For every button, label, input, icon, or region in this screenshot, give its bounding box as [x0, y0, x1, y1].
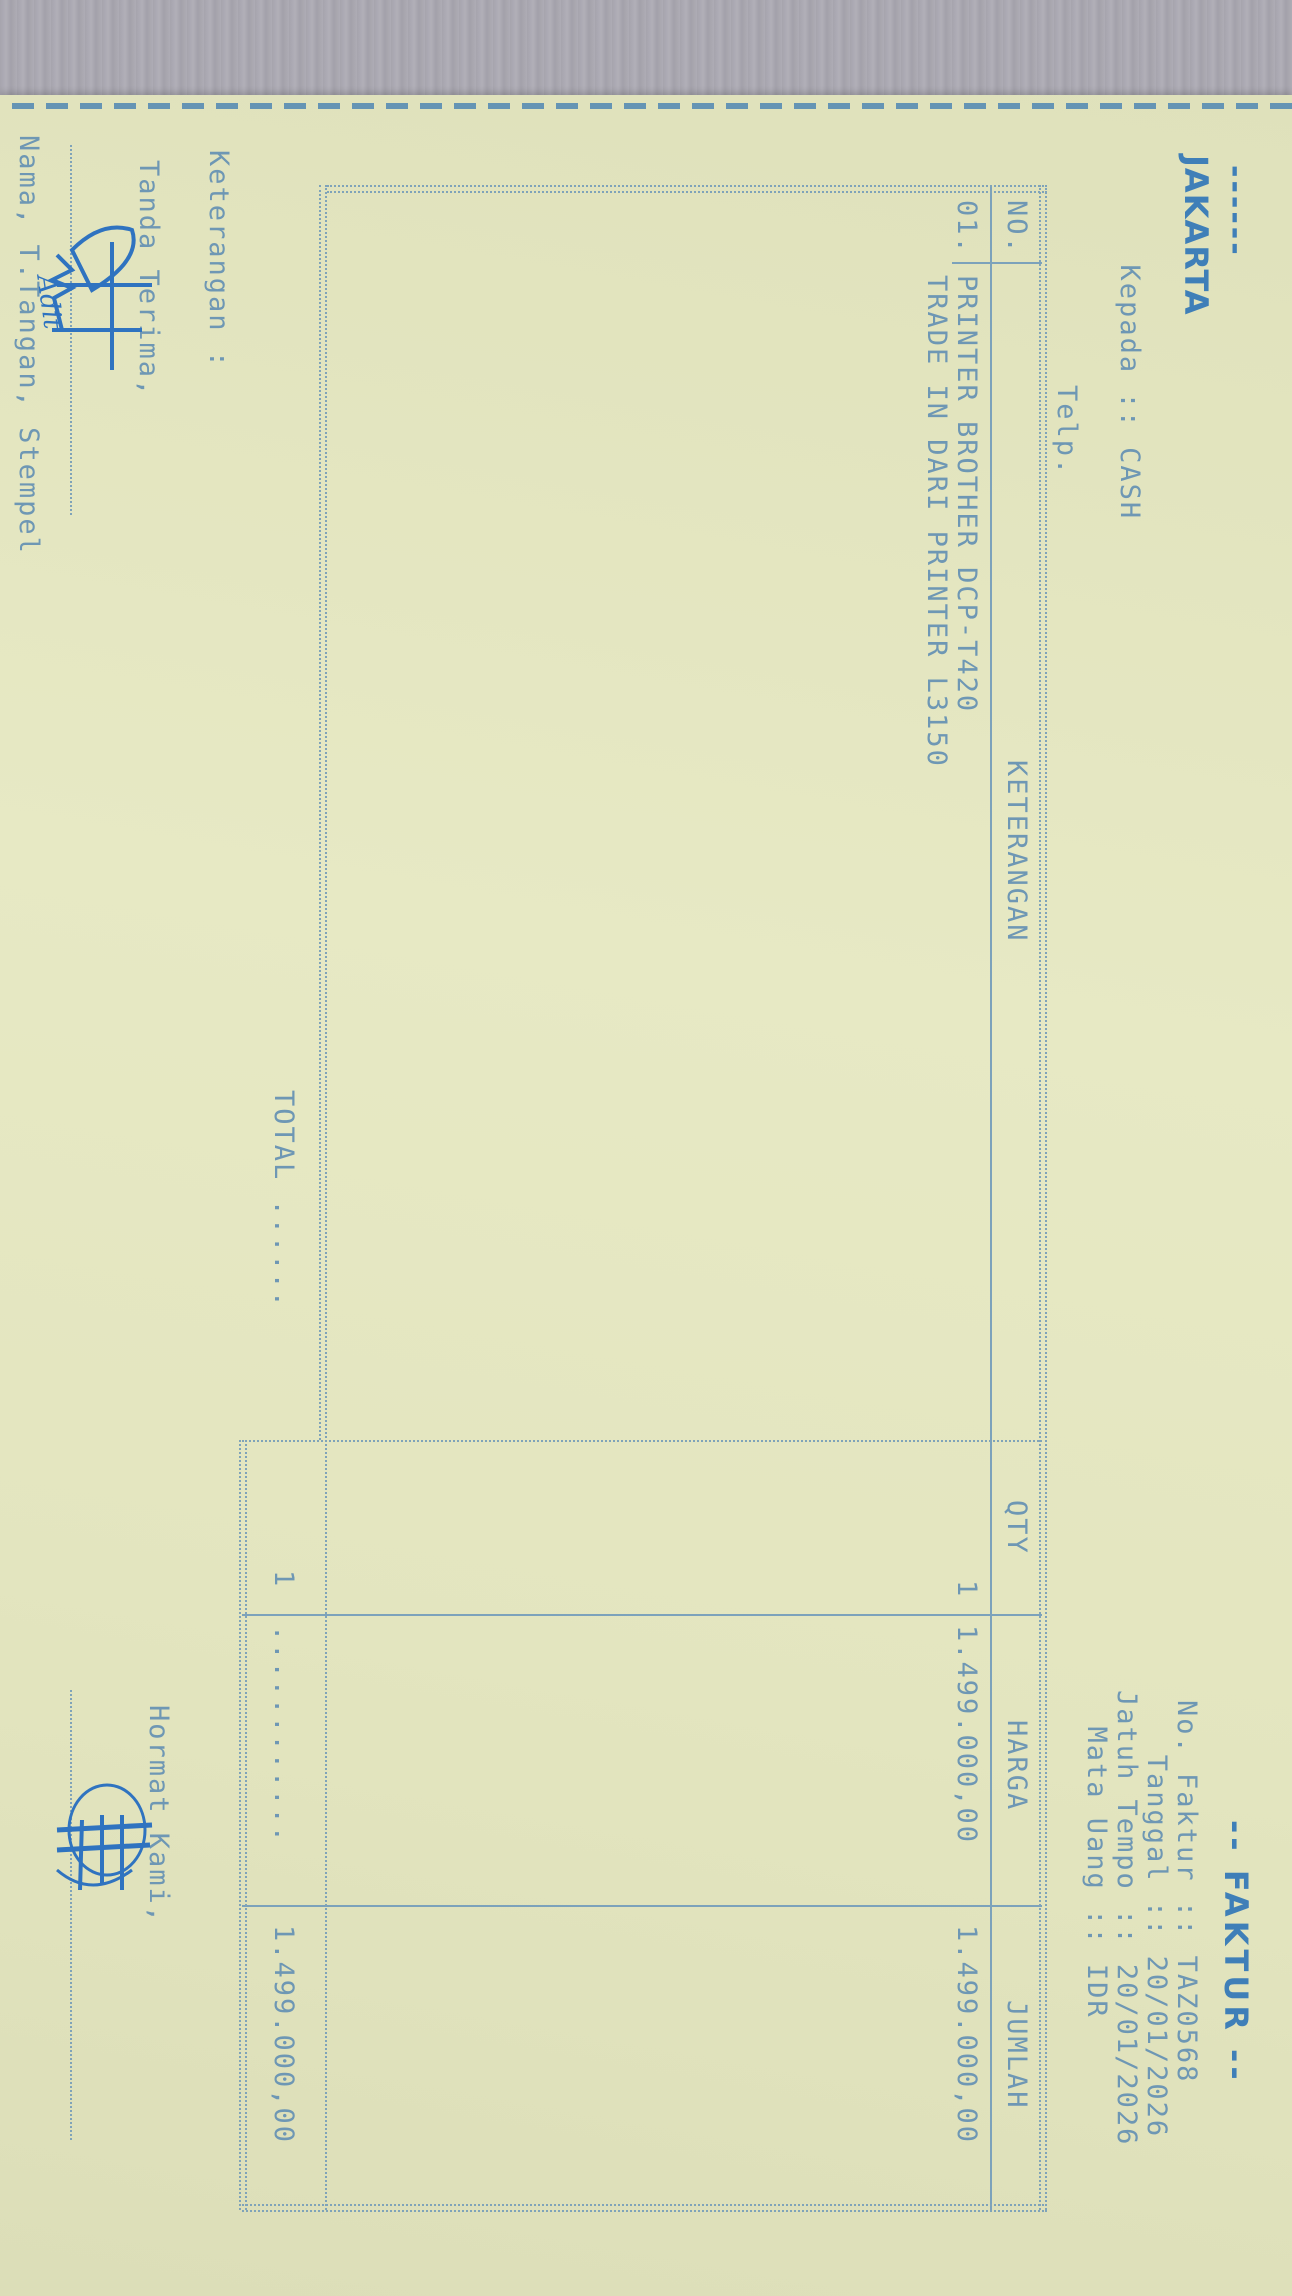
total-dots: ............ — [270, 1625, 297, 1844]
col-header-harga: HARGA — [1003, 1720, 1030, 1811]
total-label: TOTAL ...... — [270, 1090, 297, 1309]
total-box-bottom — [245, 1440, 247, 2210]
field-tanggal: Tanggal :: 20/01/2026 — [1143, 1700, 1170, 2138]
kepada-label: Kepada — [1114, 265, 1145, 375]
keterangan-label: Keterangan : — [205, 150, 232, 369]
table-body-bottom — [325, 185, 327, 2210]
table-border-right — [242, 2204, 1047, 2206]
field-jatuh-tempo: Jatuh Tempo :: 20/01/2026 — [1113, 1690, 1140, 2146]
tanggal-value: 20/01/2026 — [1141, 1956, 1172, 2139]
receiver-signature: Adit — [22, 180, 162, 440]
col-divider-qty — [242, 1440, 1042, 1442]
invoice-document: ------ JAKARTA Kepada :: CASH Telp. -- F… — [0, 0, 1292, 2296]
table-body-bottom-2 — [319, 185, 321, 1440]
col-header-jumlah: JUMLAH — [1003, 2000, 1030, 2110]
company-city: JAKARTA — [1180, 155, 1212, 316]
sender-signature — [42, 1770, 162, 1930]
row-no: 01. — [953, 200, 980, 255]
invoice-title: -- FAKTUR -- — [1220, 1820, 1252, 2084]
field-mata-uang: Mata Uang :: IDR — [1083, 1690, 1110, 2019]
photo-background: ------ JAKARTA Kepada :: CASH Telp. -- F… — [0, 0, 1292, 2296]
col-divider-no — [992, 262, 1042, 264]
total-box-bottom-2 — [239, 1440, 241, 2210]
table-border-right-2 — [242, 2210, 1047, 2212]
row-keterangan: PRINTER BROTHER DCP-T420 — [953, 275, 980, 713]
total-qty: 1 — [270, 1570, 297, 1588]
row-harga: 1.499.000,00 — [953, 1625, 980, 1844]
kepada-value: CASH — [1114, 447, 1145, 520]
table-border-left-2 — [327, 191, 1047, 193]
telp-label: Telp. — [1053, 385, 1080, 476]
perforation-edge — [0, 103, 1292, 109]
row-keterangan-line2: TRADE IN DARI PRINTER L3150 — [923, 275, 950, 768]
total-amount: 1.499.000,00 — [270, 1925, 297, 2144]
field-no-faktur: No. Faktur :: TAZ0568 — [1173, 1700, 1200, 2083]
mata-uang-value: IDR — [1081, 1964, 1112, 2019]
col-divider-jumlah — [242, 1905, 1042, 1907]
table-border-top — [1045, 185, 1047, 2210]
row-qty: 1 — [953, 1580, 980, 1598]
col-header-no: NO. — [1003, 200, 1030, 255]
company-dashes: ------ — [1220, 165, 1250, 258]
col-divider-no-row — [952, 262, 992, 264]
col-header-qty: QTY — [1003, 1500, 1030, 1555]
jatuh-tempo-value: 20/01/2026 — [1111, 1964, 1142, 2147]
table-border-left — [327, 185, 1047, 187]
col-divider-harga — [242, 1614, 1042, 1616]
kepada-line: Kepada :: CASH — [1089, 155, 1170, 520]
col-header-keterangan: KETERANGAN — [1003, 760, 1030, 943]
no-faktur-value: TAZ0568 — [1171, 1956, 1202, 2084]
sender-signature-icon — [42, 1770, 162, 1930]
row-jumlah: 1.499.000,00 — [953, 1925, 980, 2144]
